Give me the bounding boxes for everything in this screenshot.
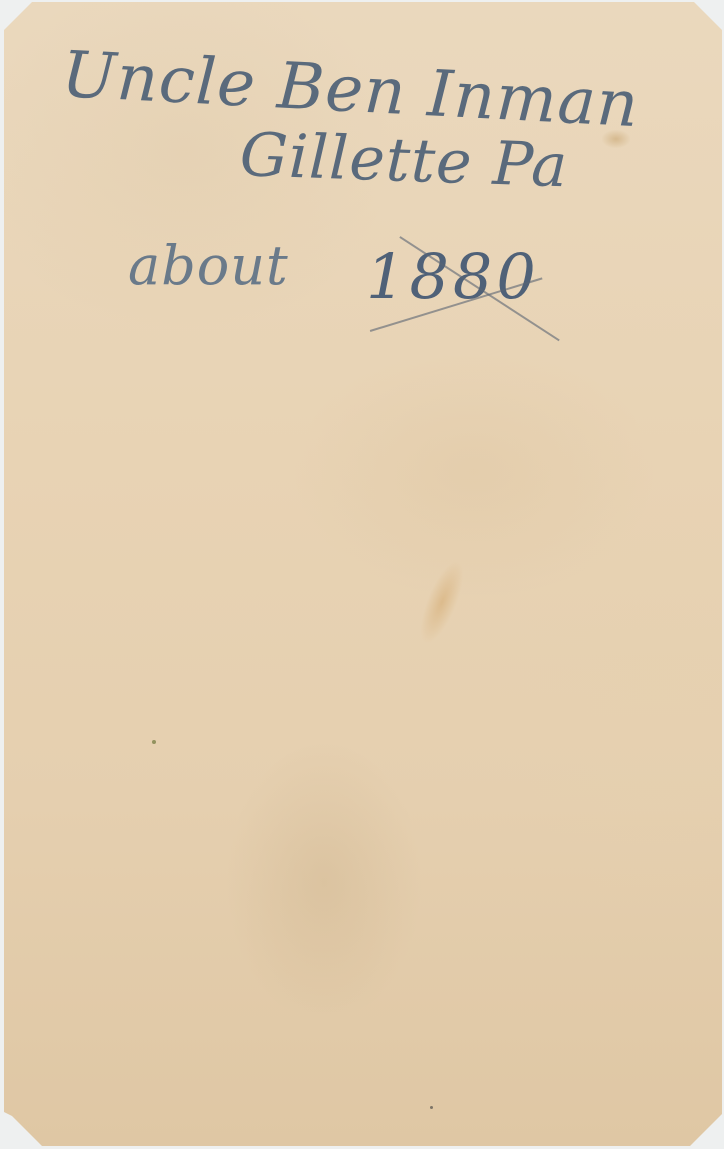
dirt-speck <box>430 1106 433 1109</box>
water-stain <box>401 539 483 665</box>
photo-card-back: Uncle Ben Inman Gillette Pa about 1880 <box>4 2 722 1146</box>
inscription-place: Gillette Pa <box>239 120 570 201</box>
inscription-about: about <box>128 234 289 297</box>
inscription-year: 1880 <box>366 240 540 313</box>
ink-speck <box>152 740 156 744</box>
scan-background: Uncle Ben Inman Gillette Pa about 1880 <box>0 0 724 1149</box>
